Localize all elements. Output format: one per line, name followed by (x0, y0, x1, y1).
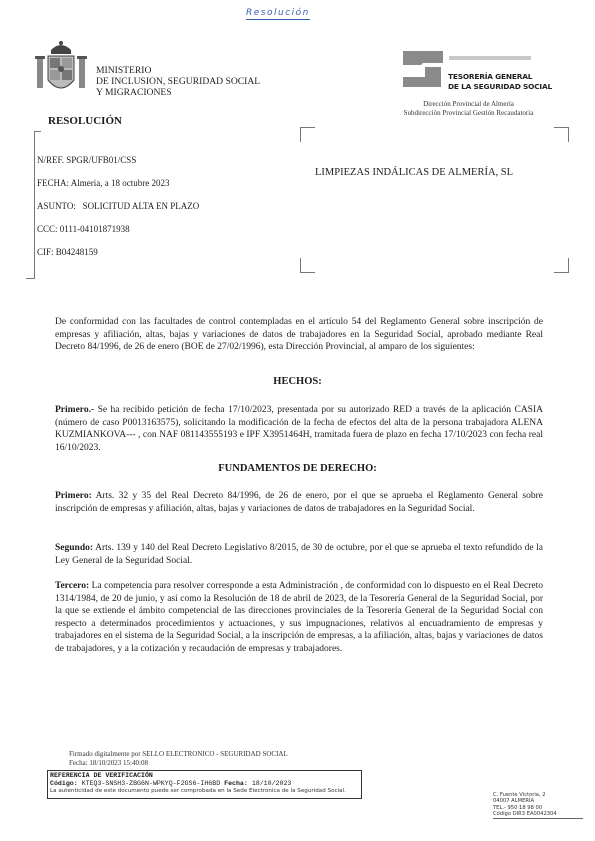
digital-signature: Firmado digitalmente por SELLO ELECTRONI… (69, 750, 288, 767)
signed-by: Firmado digitalmente por SELLO ELECTRONI… (69, 750, 288, 759)
handwritten-annotation: Resolución (246, 8, 310, 20)
date-label: Fecha: (224, 780, 248, 787)
document-title: RESOLUCIÓN (48, 115, 122, 127)
verification-date: 18/10/2023 (248, 780, 292, 787)
fundamento-tercero: Tercero: La competencia para resolver co… (55, 580, 543, 655)
code-label: Código: (50, 780, 78, 787)
verification-box: REFERENCIA DE VERIFICACIÓN Código: KTEQ3… (47, 770, 362, 799)
verification-code[interactable]: KTEQ3-SNSH3-ZBG6N-WPKYQ-F2GS6-IH6BD (78, 780, 224, 787)
date-field: FECHA: Almeria, a 18 octubre 2023 (37, 178, 169, 188)
spain-coat-of-arms-icon (35, 40, 87, 96)
verification-title: REFERENCIA DE VERIFICACIÓN (50, 772, 359, 780)
subject-field: ASUNTO: SOLICITUD ALTA EN PLAZO (37, 201, 199, 211)
reference-field: N/REF. SPGR/UFB01/CSS (37, 155, 136, 165)
fundamento-label: Segundo: (55, 543, 93, 553)
window-corner (300, 127, 315, 142)
intro-paragraph: De conformidad con las facultades de con… (55, 316, 543, 354)
hechos-heading: HECHOS: (0, 376, 595, 387)
fundamento-text: Arts. 139 y 140 del Real Decreto Legisla… (55, 543, 543, 566)
window-corner (554, 127, 569, 142)
recipient-name: LIMPIEZAS INDÁLICAS DE ALMERÍA, SL (315, 167, 513, 178)
fundamento-label: Tercero: (55, 581, 89, 591)
fundamento-segundo: Segundo: Arts. 139 y 140 del Real Decret… (55, 542, 543, 567)
fundamentos-heading: FUNDAMENTOS DE DERECHO: (0, 463, 595, 474)
signed-date: Fecha: 18/10/2023 15:40:08 (69, 759, 288, 768)
ministry-line-3: Y MIGRACIONES (96, 87, 260, 98)
window-corner (554, 258, 569, 273)
box-corner (34, 131, 41, 142)
ministry-line-2: DE INCLUSION, SEGURIDAD SOCIAL (96, 76, 260, 87)
fundamento-label: Primero: (55, 491, 92, 501)
ministry-name: MINISTERIO DE INCLUSION, SEGURIDAD SOCIA… (96, 65, 260, 98)
box-corner (26, 278, 35, 279)
address-dir3: Código DIR3 EA0042304 (493, 811, 557, 817)
tgss-name: TESORERÍA GENERAL DE LA SEGURIDAD SOCIAL (448, 72, 552, 92)
office-address: C. Fuente Victoria, 2 04007 ALMERÍA TEL.… (493, 792, 557, 817)
verification-note: La autenticidad de este documento puede … (50, 788, 359, 796)
fundamento-text: La competencia para resolver corresponde… (55, 581, 543, 654)
hecho-text: Se ha recibido petición de fecha 17/10/2… (55, 405, 543, 453)
window-corner (300, 258, 315, 273)
office-line-1: Dirección Provincial de Almería (386, 100, 551, 109)
tgss-line-2: DE LA SEGURIDAD SOCIAL (448, 82, 552, 92)
office-name: Dirección Provincial de Almería Subdirec… (386, 100, 551, 118)
fundamento-text: Arts. 32 y 35 del Real Decreto 84/1996, … (55, 491, 543, 514)
fundamento-primero: Primero: Arts. 32 y 35 del Real Decreto … (55, 490, 543, 515)
hecho-primero: Primero.- Se ha recibido petición de fec… (55, 404, 543, 454)
office-line-2: Subdirección Provincial Gestión Recaudat… (386, 109, 551, 118)
cif-field: CIF: B04248159 (37, 247, 98, 257)
box-left-edge (34, 131, 35, 278)
tgss-line-1: TESORERÍA GENERAL (448, 72, 552, 82)
ccc-field: CCC: 0111-04101871938 (37, 224, 130, 234)
divider (493, 818, 583, 819)
hecho-label: Primero.- (55, 405, 94, 415)
verification-code-row: Código: KTEQ3-SNSH3-ZBG6N-WPKYQ-F2GS6-IH… (50, 780, 359, 788)
ministry-line-1: MINISTERIO (96, 65, 260, 76)
